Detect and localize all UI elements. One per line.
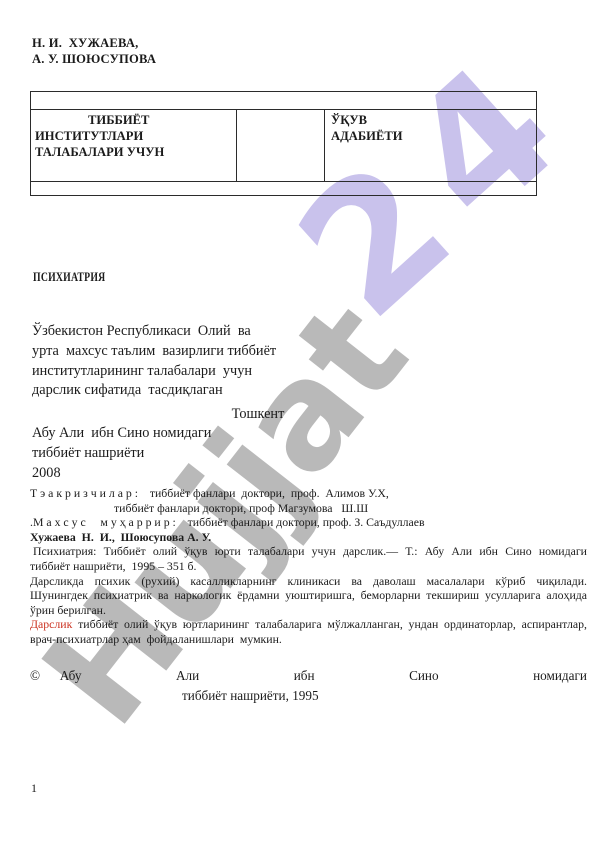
imprint-city: Тошкент xyxy=(0,406,516,423)
audience-line-2: врач-психиатрлар ҳам фойдаланишлари мумк… xyxy=(30,632,587,647)
reviewers-line-2: тиббиёт фанлари доктори, проф Магзумова … xyxy=(30,501,587,516)
table-left-line-2: ИНСТИТУТЛАРИ xyxy=(35,128,232,144)
table-empty-row-bottom xyxy=(31,181,536,195)
author-line-2: А. У. ШОЮСУПОВА xyxy=(32,52,156,68)
publisher-line-1: Абу Али ибн Сино номидаги xyxy=(32,423,211,443)
bibliography-block: Т э а к р и з ч и л а р : тиббиёт фанлар… xyxy=(30,486,587,647)
approval-paragraph: Ўзбекистон Республикаси Олий ва урта мах… xyxy=(32,322,276,401)
section-title: ПСИХИАТРИЯ xyxy=(33,270,105,285)
table-left-line-1: ТИББИЁТ xyxy=(35,112,232,128)
publisher-block: Абу Али ибн Сино номидаги тиббиёт нашриё… xyxy=(32,423,211,483)
table-right-line-1: ЎҚУВ xyxy=(331,112,536,128)
table-cell-right: ЎҚУВ АДАБИЁТИ xyxy=(325,110,536,181)
copyright-word-5: номидаги xyxy=(533,666,587,686)
copyright-symbol-and-word: © Абу xyxy=(30,666,81,686)
abstract-line-3: ўрин берилган. xyxy=(30,603,587,618)
reviewers-line-1: Т э а к р и з ч и л а р : тиббиёт фанлар… xyxy=(30,486,587,501)
table-right-line-2: АДАБИЁТИ xyxy=(331,128,536,144)
description-line-2: тиббиёт нашриёти, 1995 – 351 б. xyxy=(30,559,587,574)
approval-line-4: дарслик сифатида тасдиқлаган xyxy=(32,381,276,401)
table-empty-row-top xyxy=(31,92,536,110)
copyright-word-3: ибн xyxy=(294,666,315,686)
abstract-line-1-text: Дарсликда психик (рухий) касалликларнинг… xyxy=(30,574,587,588)
copyright-line-2: тиббиёт нашриёти, 1995 xyxy=(30,686,587,706)
abstract-line-2-text: Шунингдек психиатрик ва наркологик ёрдам… xyxy=(30,588,587,602)
table-main-row: ТИББИЁТ ИНСТИТУТЛАРИ ТАЛАБАЛАРИ УЧУН ЎҚУ… xyxy=(31,110,536,181)
author-line-1: Н. И. ХУЖАЕВА, xyxy=(32,36,156,52)
red-highlight-word: Дарслик xyxy=(30,617,72,631)
publisher-year: 2008 xyxy=(32,463,211,483)
publisher-line-2: тиббиёт нашриёти xyxy=(32,443,211,463)
copyright-word-2: Али xyxy=(176,666,199,686)
audience-line-1: Дарслик тиббиёт олий ўқув юртларининг та… xyxy=(30,617,587,632)
table-cell-left: ТИББИЁТ ИНСТИТУТЛАРИ ТАЛАБАЛАРИ УЧУН xyxy=(31,110,237,181)
abstract-line-2: Шунингдек психиатрик ва наркологик ёрдам… xyxy=(30,588,587,603)
audience-line-1-rest: тиббиёт олий ўқув юртларининг талабалари… xyxy=(72,617,587,631)
copyright-block: © Абу Али ибн Сино номидаги тиббиёт нашр… xyxy=(30,666,587,705)
classification-table: ТИББИЁТ ИНСТИТУТЛАРИ ТАЛАБАЛАРИ УЧУН ЎҚУ… xyxy=(30,91,537,196)
authors-block: Н. И. ХУЖАЕВА, А. У. ШОЮСУПОВА xyxy=(32,36,156,67)
copyright-word-4: Сино xyxy=(409,666,439,686)
copyright-line-1: © Абу Али ибн Сино номидаги xyxy=(30,666,587,686)
table-left-line-3: ТАЛАБАЛАРИ УЧУН xyxy=(35,144,232,160)
approval-line-2: урта махсус таълим вазирлиги тиббиёт xyxy=(32,342,276,362)
table-cell-middle xyxy=(237,110,325,181)
approval-line-1: Ўзбекистон Республикаси Олий ва xyxy=(32,322,276,342)
document-page: Hujjat 24 Н. И. ХУЖАЕВА, А. У. ШОЮСУПОВА… xyxy=(0,0,596,842)
description-line-1: Психиатрия: Тиббиёт олий ўқув юрти талаб… xyxy=(30,544,587,559)
abstract-line-1: Дарсликда психик (рухий) касалликларнинг… xyxy=(30,574,587,589)
description-line-1-text: Психиатрия: Тиббиёт олий ўқув юрти талаб… xyxy=(33,544,587,558)
biblio-authors-line: Хужаева Н. И., Шоюсупова А. У. xyxy=(30,530,587,545)
page-number: 1 xyxy=(31,781,37,796)
approval-line-3: институтларининг талабалари учун xyxy=(32,362,276,382)
editor-line: .М а х с у с м у ҳ а р р и р : тиббиёт ф… xyxy=(30,515,587,530)
